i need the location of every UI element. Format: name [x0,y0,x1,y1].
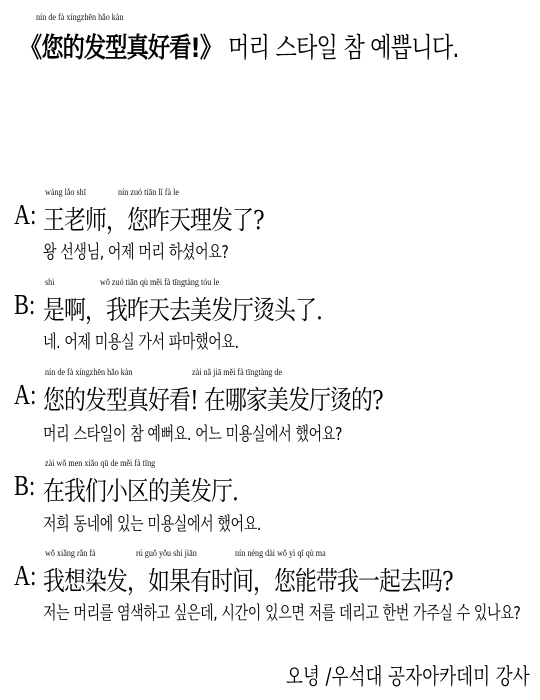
pinyin-segment: nín de fà xíngzhēn hǎo kàn [45,367,132,377]
speaker-label: A: [14,380,36,412]
speaker-label: A: [14,561,36,593]
pinyin-segment: shì [45,277,54,287]
pinyin-segment: rú guǒ yǒu shí jiān [136,548,197,558]
pinyin-segment: zài nǎ jiā měi fà tīngtàng de [192,367,282,377]
speaker-label: A: [14,200,36,232]
korean-translation: 저희 동네에 있는 미용실에서 했어요. [43,510,261,536]
chinese-line: 在我们小区的美发厅. [43,471,238,508]
speaker-label: B: [14,471,35,503]
chinese-line: 我想染发，如果有时间，您能带我一起去吗? [43,561,453,598]
pinyin-segment: wǒ zuó tiān qù měi fà tīngtàng tóu le [100,277,219,287]
title-pinyin: nín de fà xíngzhēn hǎo kàn [36,12,123,22]
chinese-line: 王老师，您昨天理发了? [43,200,264,237]
pinyin-segment: nín néng dài wǒ yì qǐ qù ma [235,548,326,558]
pinyin-segment: wǒ xiǎng rǎn fà [45,548,96,558]
chinese-line: 您的发型真好看! 在哪家美发厅烫的? [43,380,383,417]
author-credit: 오녕 /우석대 공자아카데미 강사 [286,660,530,691]
pinyin-segment: nín zuó tiān lǐ fà le [118,187,179,197]
korean-translation: 왕 선생님, 어제 머리 하셨어요? [43,238,229,264]
pinyin-segment: zài wǒ men xiǎo qū de měi fà tīng [45,458,155,468]
korean-translation: 네. 어제 미용실 가서 파마했어요. [43,328,239,354]
page-title: 《您的发型真好看!》 머리 스타일 참 예쁩니다. [20,26,459,65]
pinyin-segment: wáng lǎo shī [45,187,86,197]
korean-translation: 저는 머리를 염색하고 싶은데, 시간이 있으면 저를 데리고 한번 가주실 수… [43,599,520,625]
chinese-line: 是啊，我昨天去美发厅烫头了. [43,290,322,327]
title-korean: 머리 스타일 참 예쁩니다. [228,33,459,64]
title-chinese: 《您的发型真好看!》 [20,33,221,64]
korean-translation: 머리 스타일이 참 예뻐요. 어느 미용실에서 했어요? [43,420,342,446]
speaker-label: B: [14,290,35,322]
